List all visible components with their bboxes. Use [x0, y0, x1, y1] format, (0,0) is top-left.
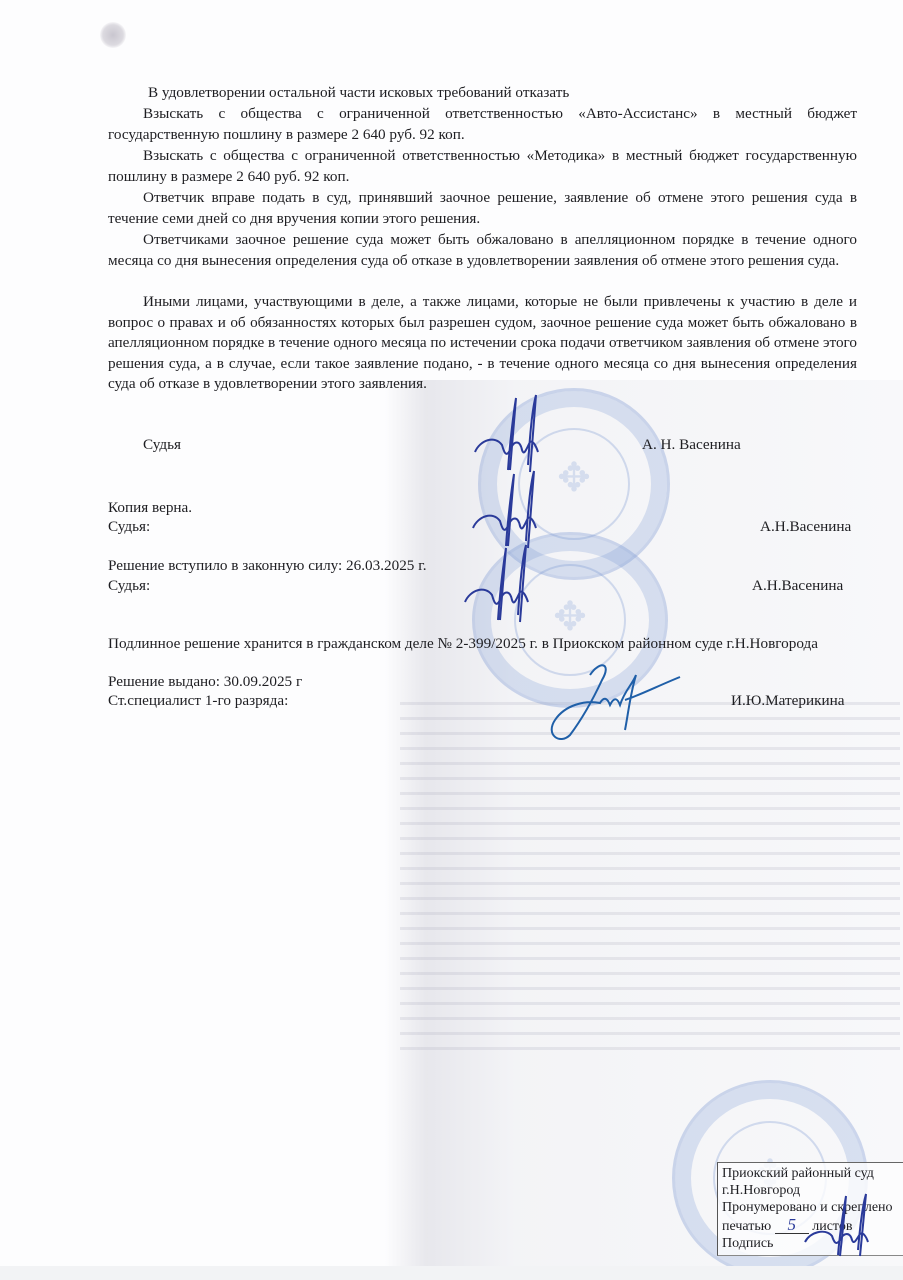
- issued-date-text: Решение выдано: 30.09.2025 г: [108, 673, 302, 691]
- copy-judge-name: А.Н.Васенина: [760, 518, 851, 536]
- judge-label: Судья: [143, 436, 181, 454]
- paragraph-duty-metodika: Взыскать с общества с ограниченной ответ…: [108, 146, 857, 187]
- effective-judge-label: Судья:: [108, 577, 150, 595]
- specialist-label: Ст.специалист 1-го разряда:: [108, 692, 288, 710]
- copy-certified-label: Копия верна.: [108, 499, 192, 517]
- paragraph-duty-auto-assistance: Взыскать с общества с ограниченной ответ…: [108, 104, 857, 145]
- effective-date-text: Решение вступило в законную силу: 26.03.…: [108, 557, 427, 575]
- paragraph-appeal-others: Иными лицами, участвующими в деле, а так…: [108, 292, 857, 395]
- paragraph-cancel-right: Ответчик вправе подать в суд, принявший …: [108, 188, 857, 229]
- document-page: ✥ ✥ ✥ В удовлетворении остальной части и…: [0, 0, 903, 1266]
- copy-judge-label: Судья:: [108, 518, 150, 536]
- show-through-text: [400, 690, 900, 1150]
- punch-hole-mark: [100, 22, 126, 48]
- storage-text: Подлинное решение хранится в гражданском…: [108, 634, 857, 655]
- paragraph-appeal-defendants: Ответчиками заочное решение суда может б…: [108, 230, 857, 271]
- paragraph-refusal: В удовлетворении остальной части исковых…: [148, 83, 848, 104]
- binding-signature-icon: [800, 1190, 890, 1260]
- judge-name: А. Н. Васенина: [642, 436, 741, 454]
- binding-court-name: Приокский районный суд: [722, 1165, 903, 1182]
- specialist-signature-icon: [540, 655, 690, 745]
- svg-text:✥: ✥: [557, 455, 591, 500]
- specialist-name: И.Ю.Материкина: [731, 692, 845, 710]
- effective-judge-name: А.Н.Васенина: [752, 577, 843, 595]
- svg-text:✥: ✥: [553, 594, 587, 639]
- binding-seal-label: печатью: [722, 1219, 771, 1234]
- judge-signature-icon: [460, 540, 550, 630]
